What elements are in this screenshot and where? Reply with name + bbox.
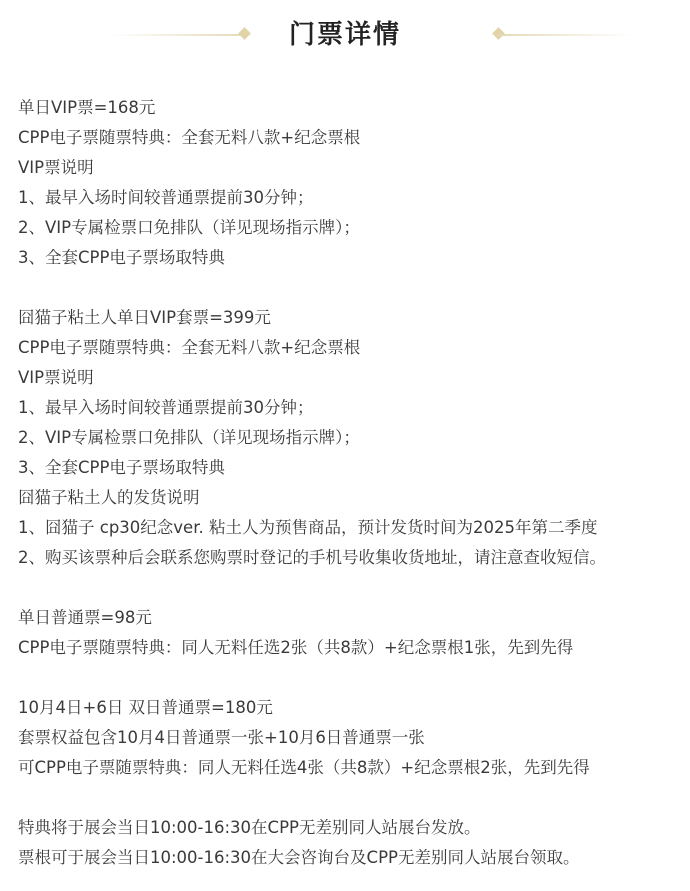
ticket-price: 10月4日+6日 双日普通票=180元 [18,693,690,723]
spacer [18,573,690,603]
section-notes: 特典将于展会当日10:00-16:30在CPP无差别同人站展台发放。 票根可于展… [18,813,690,873]
spacer [18,273,690,303]
bonus-text: 可CPP电子票随票特典：同人无料任选4张（共8款）+纪念票根2张，先到先得 [18,753,690,783]
ticket-price: 囧猫子粘土人单日VIP套票=399元 [18,303,690,333]
section-vip-bundle: 囧猫子粘土人单日VIP套票=399元 CPP电子票随票特典：全套无料八款+纪念票… [18,303,690,573]
bundle-text: 套票权益包含10月4日普通票一张+10月6日普通票一张 [18,723,690,753]
ticket-price: 单日VIP票=168元 [18,93,690,123]
list-item: 1、最早入场时间较普通票提前30分钟； [18,393,690,423]
list-item: 2、购买该票种后会联系您购票时登记的手机号收集收货地址，请注意查收短信。 [18,543,690,573]
section-regular-single-day: 单日普通票=98元 CPP电子票随票特典：同人无料任选2张（共8款）+纪念票根1… [18,603,690,663]
spacer [18,783,690,813]
section-vip-single-day: 单日VIP票=168元 CPP电子票随票特典：全套无料八款+纪念票根 VIP票说… [18,93,690,273]
list-item: 2、VIP专属检票口免排队（详见现场指示牌）； [18,423,690,453]
section-regular-two-day: 10月4日+6日 双日普通票=180元 套票权益包含10月4日普通票一张+10月… [18,693,690,783]
section-heading: VIP票说明 [18,363,690,393]
bonus-text: CPP电子票随票特典：同人无料任选2张（共8款）+纪念票根1张，先到先得 [18,633,690,663]
spacer [18,663,690,693]
ticket-details: 单日VIP票=168元 CPP电子票随票特典：全套无料八款+纪念票根 VIP票说… [18,93,690,873]
section-heading: VIP票说明 [18,153,690,183]
header: 门票详情 [0,0,690,80]
list-item: 1、囧猫子 cp30纪念ver. 粘土人为预售商品，预计发货时间为2025年第二… [18,513,690,543]
note-text: 票根可于展会当日10:00-16:30在大会咨询台及CPP无差别同人站展台领取。 [18,843,690,873]
list-item: 2、VIP专属检票口免排队（详见现场指示牌）； [18,213,690,243]
list-item: 3、全套CPP电子票场取特典 [18,453,690,483]
right-divider-line [498,34,633,36]
bonus-text: CPP电子票随票特典：全套无料八款+纪念票根 [18,123,690,153]
ticket-price: 单日普通票=98元 [18,603,690,633]
list-item: 1、最早入场时间较普通票提前30分钟； [18,183,690,213]
list-item: 3、全套CPP电子票场取特典 [18,243,690,273]
note-text: 特典将于展会当日10:00-16:30在CPP无差别同人站展台发放。 [18,813,690,843]
bonus-text: CPP电子票随票特典：全套无料八款+纪念票根 [18,333,690,363]
section-heading: 囧猫子粘土人的发货说明 [18,483,690,513]
